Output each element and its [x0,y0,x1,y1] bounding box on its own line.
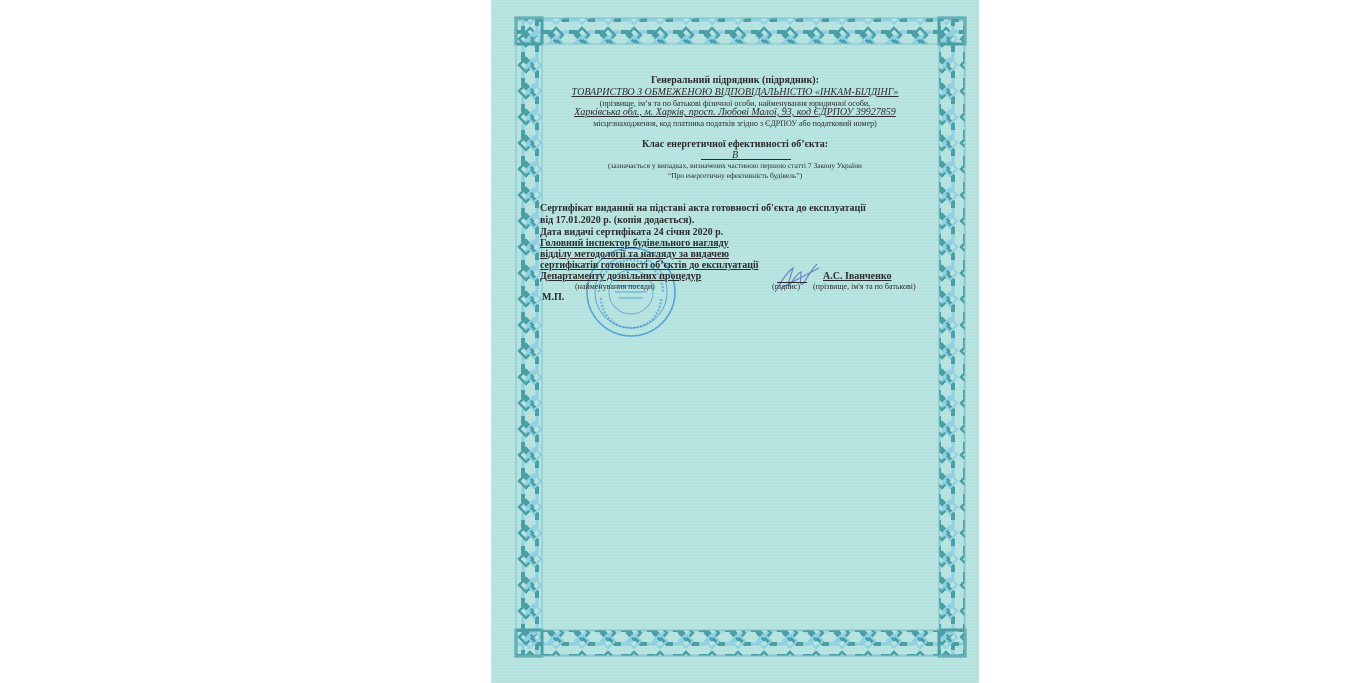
signature [771,258,831,298]
basis-line-2: від 17.01.2020 р. (копія додається). [540,215,694,226]
contractor-name: ТОВАРИСТВО З ОБМЕЖЕНОЮ ВІДПОВІДАЛЬНІСТЮ … [491,87,979,98]
signatory-caption: (прізвище, ім'я та по батькові) [813,282,916,291]
seal-label: М.П. [542,292,564,303]
contractor-address-caption: місцезнаходження, код платника податків … [491,119,979,128]
contractor-heading: Генеральний підрядник (підрядник): [491,75,979,86]
energy-class-caption-2: “Про енергетичну ефективність будівель”) [491,171,979,180]
signatory-name: А.С. Іванченко [823,271,891,282]
issue-date: Дата видачі сертифіката 24 січня 2020 р. [540,227,723,238]
position-line-1: Головний інспектор будівельного нагляду [540,238,729,249]
signature-caption: (підпис) [772,282,800,291]
basis-line-1: Сертифікат виданий на підставі акта гото… [540,203,866,214]
position-line-4: Департаменту дозвільних процедур [540,271,701,282]
certificate-content: Генеральний підрядник (підрядник): ТОВАР… [491,0,979,683]
energy-class-value: B [491,150,979,161]
energy-class-heading: Клас енергетичної ефективності об’єкта: [491,139,979,150]
certificate-page: Генеральний підрядник (підрядник): ТОВАР… [491,0,979,683]
energy-class-caption-1: (зазначається у випадках, визначених час… [491,161,979,170]
position-line-2: відділу методології та нагляду за видаче… [540,249,729,260]
position-line-3: сертифікатів готовності об’єктів до експ… [540,260,759,271]
contractor-address: Харківська обл., м. Харків, просп. Любов… [491,107,979,118]
position-caption: (найменування посади) [575,282,655,291]
